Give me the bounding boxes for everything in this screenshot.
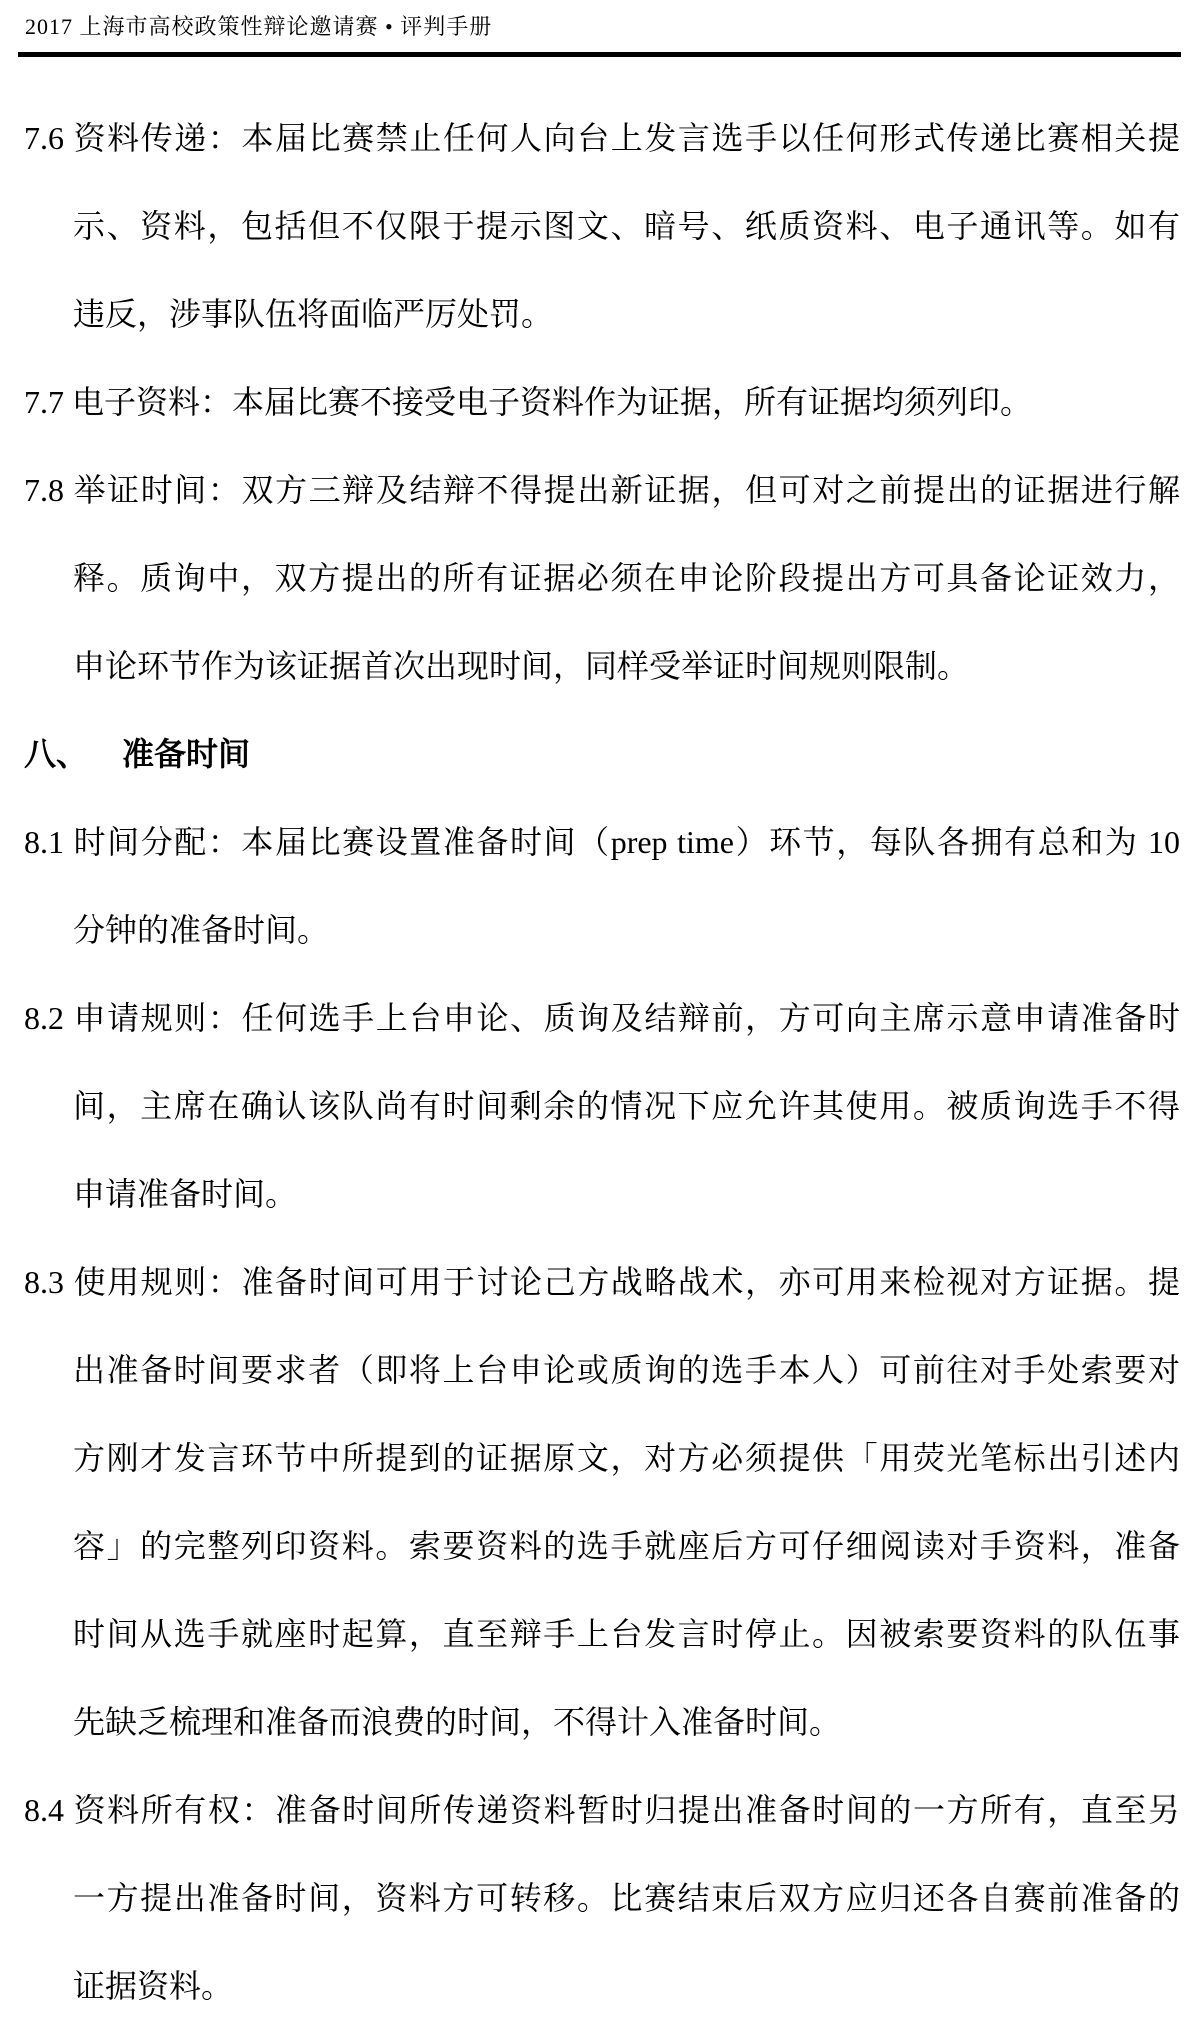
- document-body: 7.6资料传递：本届比赛禁止任何人向台上发言选手以任何形式传递比赛相关提 示、资…: [24, 94, 1180, 2030]
- text-line: 申请准备时间。: [24, 1150, 1180, 1238]
- section-heading-line: 八、准备时间: [24, 710, 1180, 798]
- text-line: 容」的完整列印资料。索要资料的选手就座后方可仔细阅读对手资料，准备: [24, 1502, 1180, 1590]
- item-7-8: 7.8举证时间：双方三辩及结辩不得提出新证据，但可对之前提出的证据进行解 释。质…: [24, 446, 1180, 710]
- text-line: 7.7电子资料：本届比赛不接受电子资料作为证据，所有证据均须列印。: [24, 358, 1180, 446]
- text-line: 示、资料，包括但不仅限于提示图文、暗号、纸质资料、电子通讯等。如有: [24, 182, 1180, 270]
- text-line: 先缺乏梳理和准备而浪费的时间，不得计入准备时间。: [24, 1678, 1180, 1766]
- text-line: 出准备时间要求者（即将上台申论或质询的选手本人）可前往对手处索要对: [24, 1326, 1180, 1414]
- item-8-1: 8.1时间分配：本届比赛设置准备时间（prep time）环节，每队各拥有总和为…: [24, 798, 1180, 974]
- item-number: 8.3: [24, 1238, 72, 1326]
- text-line: 证据资料。: [24, 1942, 1180, 2030]
- item-7-7: 7.7电子资料：本届比赛不接受电子资料作为证据，所有证据均须列印。: [24, 358, 1180, 446]
- text-line: 8.1时间分配：本届比赛设置准备时间（prep time）环节，每队各拥有总和为…: [24, 798, 1180, 886]
- item-text: 举证时间：双方三辩及结辩不得提出新证据，但可对之前提出的证据进行解: [72, 472, 1180, 508]
- item-text: 使用规则：准备时间可用于讨论己方战略战术，亦可用来检视对方证据。提: [72, 1264, 1180, 1300]
- document-page: 2017 上海市高校政策性辩论邀请赛 • 评判手册 7.6资料传递：本届比赛禁止…: [0, 0, 1197, 2033]
- item-text: 申请规则：任何选手上台申论、质询及结辩前，方可向主席示意申请准备时: [72, 1000, 1180, 1036]
- item-8-2: 8.2申请规则：任何选手上台申论、质询及结辩前，方可向主席示意申请准备时 间，主…: [24, 974, 1180, 1238]
- header-divider: [18, 52, 1181, 57]
- item-text: 电子资料：本届比赛不接受电子资料作为证据，所有证据均须列印。: [72, 384, 1032, 420]
- item-number: 8.1: [24, 798, 72, 886]
- text-line: 8.3使用规则：准备时间可用于讨论己方战略战术，亦可用来检视对方证据。提: [24, 1238, 1180, 1326]
- item-text: 资料传递：本届比赛禁止任何人向台上发言选手以任何形式传递比赛相关提: [72, 120, 1180, 156]
- section-heading-8: 八、准备时间: [24, 710, 1180, 798]
- text-line: 一方提出准备时间，资料方可转移。比赛结束后双方应归还各自赛前准备的: [24, 1854, 1180, 1942]
- text-line: 方刚才发言环节中所提到的证据原文，对方必须提供「用荧光笔标出引述内: [24, 1414, 1180, 1502]
- text-line: 申论环节作为该证据首次出现时间，同样受举证时间规则限制。: [24, 622, 1180, 710]
- text-line: 间，主席在确认该队尚有时间剩余的情况下应允许其使用。被质询选手不得: [24, 1062, 1180, 1150]
- text-line: 违反，涉事队伍将面临严厉处罚。: [24, 270, 1180, 358]
- text-line: 时间从选手就座时起算，直至辩手上台发言时停止。因被索要资料的队伍事: [24, 1590, 1180, 1678]
- item-number: 7.6: [24, 94, 72, 182]
- section-title: 准备时间: [122, 736, 250, 772]
- text-line: 7.6资料传递：本届比赛禁止任何人向台上发言选手以任何形式传递比赛相关提: [24, 94, 1180, 182]
- section-number: 八、: [24, 710, 122, 798]
- text-line: 释。质询中，双方提出的所有证据必须在申论阶段提出方可具备论证效力，: [24, 534, 1180, 622]
- item-number: 7.8: [24, 446, 72, 534]
- item-number: 7.7: [24, 358, 72, 446]
- item-text: 时间分配：本届比赛设置准备时间（prep time）环节，每队各拥有总和为 10: [72, 824, 1180, 860]
- item-number: 8.2: [24, 974, 72, 1062]
- page-header-title: 2017 上海市高校政策性辩论邀请赛 • 评判手册: [25, 12, 492, 42]
- item-8-3: 8.3使用规则：准备时间可用于讨论己方战略战术，亦可用来检视对方证据。提 出准备…: [24, 1238, 1180, 1766]
- item-number: 8.4: [24, 1766, 72, 1854]
- item-7-6: 7.6资料传递：本届比赛禁止任何人向台上发言选手以任何形式传递比赛相关提 示、资…: [24, 94, 1180, 358]
- item-8-4: 8.4资料所有权：准备时间所传递资料暂时归提出准备时间的一方所有，直至另 一方提…: [24, 1766, 1180, 2030]
- item-text: 资料所有权：准备时间所传递资料暂时归提出准备时间的一方所有，直至另: [72, 1792, 1180, 1828]
- text-line: 8.2申请规则：任何选手上台申论、质询及结辩前，方可向主席示意申请准备时: [24, 974, 1180, 1062]
- text-line: 分钟的准备时间。: [24, 886, 1180, 974]
- text-line: 7.8举证时间：双方三辩及结辩不得提出新证据，但可对之前提出的证据进行解: [24, 446, 1180, 534]
- text-line: 8.4资料所有权：准备时间所传递资料暂时归提出准备时间的一方所有，直至另: [24, 1766, 1180, 1854]
